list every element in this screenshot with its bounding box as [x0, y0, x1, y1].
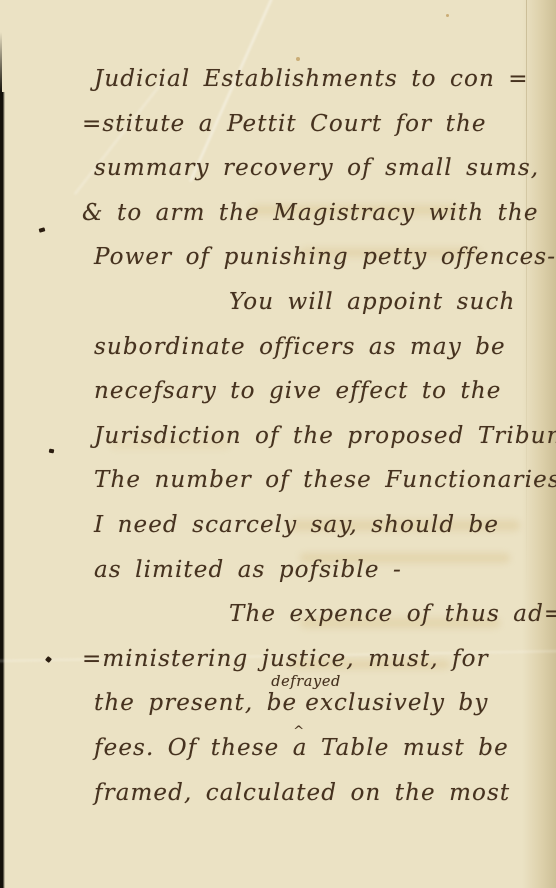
scanner-background-edge	[0, 92, 5, 888]
manuscript-line: summary recovery of small sums,	[94, 155, 546, 200]
manuscript-line: Power of punishing petty offences-	[94, 244, 546, 289]
manuscript-line: framed, calculated on the most	[94, 780, 546, 825]
line-text-after-insertion: exclusively by	[305, 690, 488, 716]
manuscript-line-with-insertion: the present, bedefrayed^exclusively by	[94, 690, 546, 735]
manuscript-line: Jurisdiction of the proposed Tribunals.	[94, 423, 546, 468]
ink-spot	[39, 227, 46, 232]
manuscript-text: Judicial Establishments to con = =stitut…	[94, 66, 546, 824]
foxing-spot	[446, 14, 449, 17]
manuscript-line: subordinate officers as may be	[94, 334, 546, 379]
caret-mark: ^	[293, 724, 305, 739]
manuscript-scan: Judicial Establishments to con = =stitut…	[0, 0, 556, 888]
foxing-spot	[296, 57, 300, 61]
manuscript-line: You will appoint such	[94, 289, 546, 334]
ink-spot	[45, 656, 52, 663]
manuscript-line: Judicial Establishments to con =	[94, 66, 546, 111]
interlinear-insertion: defrayed	[271, 674, 341, 690]
manuscript-line: =stitute a Pettit Court for the	[82, 111, 546, 156]
manuscript-line: I need scarcely say, should be	[94, 512, 546, 557]
manuscript-line: The number of these Functionaries,	[94, 467, 546, 512]
manuscript-line: necefsary to give effect to the	[94, 378, 546, 423]
manuscript-line: as limited as pofsible -	[94, 557, 546, 602]
ink-spot	[49, 449, 55, 454]
manuscript-line: fees. Of these a Table must be	[94, 735, 546, 780]
manuscript-line: & to arm the Magistracy with the	[82, 200, 546, 245]
line-text-before-insertion: the present, be	[94, 690, 297, 716]
manuscript-line: The expence of thus ad=	[94, 601, 546, 646]
